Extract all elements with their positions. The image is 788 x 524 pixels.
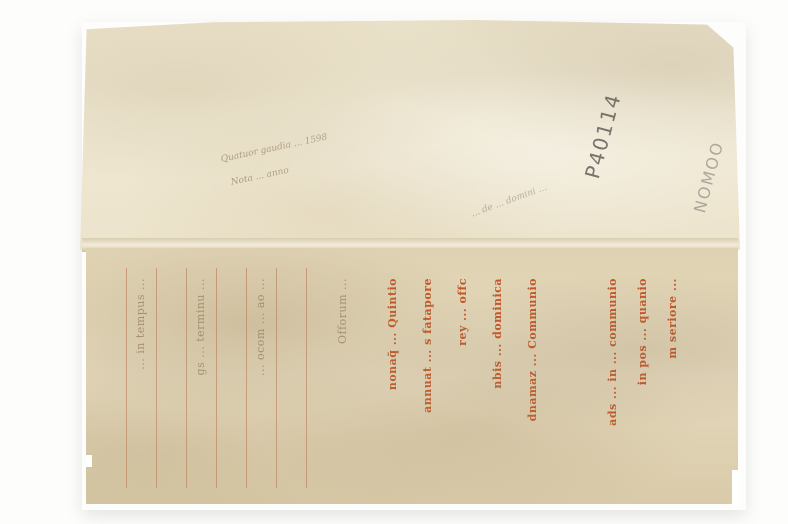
staff-line [216,268,217,488]
handwritten-note: Nota ... anno [230,166,290,188]
photo-background: Quatuor gaudia ... 1598 Nota ... anno ..… [0,0,788,524]
staff-line [306,268,307,488]
rubric-column: ads ... in ... communio [606,278,619,426]
manuscript-top-leaf: Quatuor gaudia ... 1598 Nota ... anno ..… [80,20,740,250]
manuscript-bottom-leaf: ... in tempus ... gs ... terminu ... ...… [86,248,738,504]
rubric-column: annuat ... s fatapore [421,278,434,413]
rubric-column: nbis ... dominica [491,278,504,389]
faded-text-column: Offorum ... [336,278,349,344]
faded-text-column: ... in tempus ... [134,278,147,370]
rubric-column: dnamaz ... Communio [526,278,539,421]
faded-text-column: gs ... terminu ... [194,278,207,375]
handwritten-note: ... de ... domini ... [470,183,548,220]
torn-edge [732,470,740,506]
rubric-column: m seriore ... [666,278,679,359]
torn-edge [86,455,92,467]
staff-line [156,268,157,488]
staff-line [186,268,187,488]
rubric-column: nonaq̃ ... Quintio [386,278,399,390]
rubric-column: rey ... offc [456,278,469,346]
staff-line [126,268,127,488]
staff-line [246,268,247,488]
handwritten-note: Quatuor gaudia ... 1598 [220,132,328,164]
staff-line [276,268,277,488]
rubric-column: in pos ... quanio [636,278,649,385]
faded-text-column: ... ocom ... ao ... [254,278,267,376]
